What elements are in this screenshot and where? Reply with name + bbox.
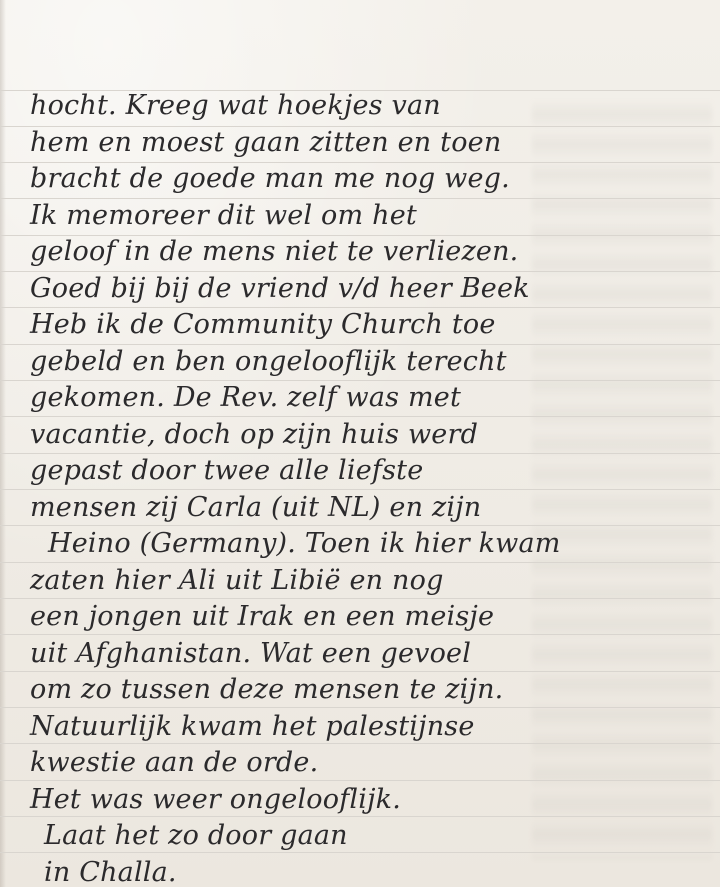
text-line: mensen zij Carla (uit NL) en zijn xyxy=(30,490,720,527)
text-line: in Challa. xyxy=(30,855,720,887)
text-line: Natuurlijk kwam het palestijnse xyxy=(30,709,720,746)
text-line: Het was weer ongelooflijk. xyxy=(30,782,720,819)
text-line: Heino (Germany). Toen ik hier kwam xyxy=(30,526,720,563)
text-line: uit Afghanistan. Wat een gevoel xyxy=(30,636,720,673)
page-edge-shadow xyxy=(0,0,6,887)
text-line: hem en moest gaan zitten en toen xyxy=(30,125,720,162)
text-line: Goed bij bij de vriend v/d heer Beek xyxy=(30,271,720,308)
text-line: hocht. Kreeg wat hoekjes van xyxy=(30,88,720,125)
text-line: kwestie aan de orde. xyxy=(30,745,720,782)
text-line: bracht de goede man me nog weg. xyxy=(30,161,720,198)
handwritten-text: hocht. Kreeg wat hoekjes van hem en moes… xyxy=(30,88,720,887)
notebook-page: hocht. Kreeg wat hoekjes van hem en moes… xyxy=(0,0,720,887)
text-line: Laat het zo door gaan xyxy=(30,818,720,855)
text-line: zaten hier Ali uit Libië en nog xyxy=(30,563,720,600)
text-line: gepast door twee alle liefste xyxy=(30,453,720,490)
text-line: Heb ik de Community Church toe xyxy=(30,307,720,344)
text-line: Ik memoreer dit wel om het xyxy=(30,198,720,235)
text-line: vacantie, doch op zijn huis werd xyxy=(30,417,720,454)
text-line: gekomen. De Rev. zelf was met xyxy=(30,380,720,417)
text-line: geloof in de mens niet te verliezen. xyxy=(30,234,720,271)
text-line: gebeld en ben ongelooflijk terecht xyxy=(30,344,720,381)
text-line: een jongen uit Irak en een meisje xyxy=(30,599,720,636)
text-line: om zo tussen deze mensen te zijn. xyxy=(30,672,720,709)
